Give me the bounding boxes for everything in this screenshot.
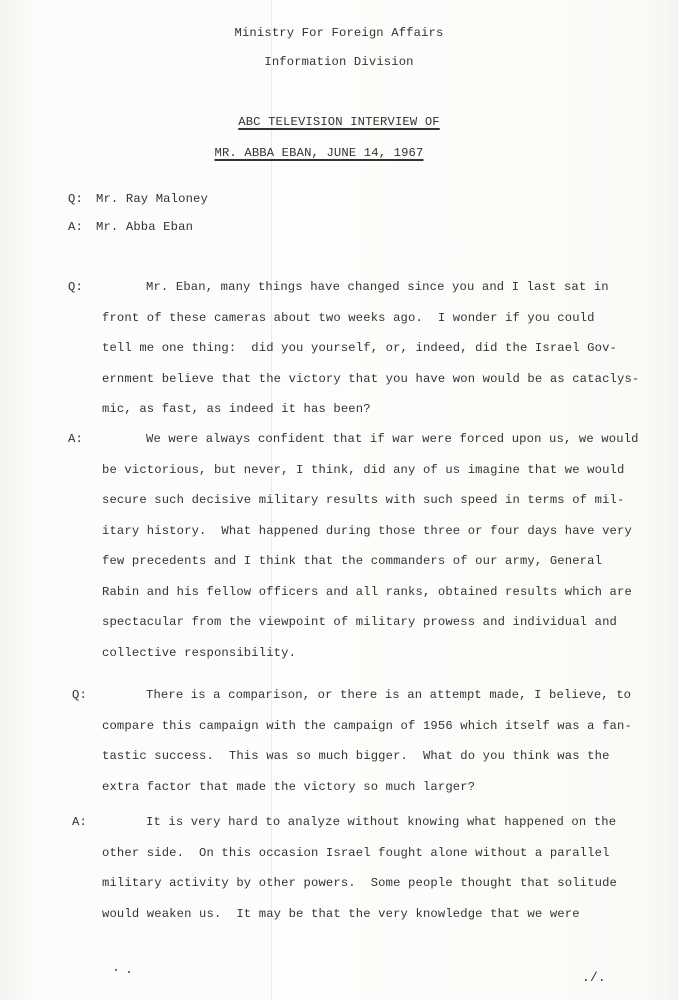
transcript-line: We were always confident that if war wer… — [146, 432, 639, 446]
question-label: Q: — [68, 280, 83, 294]
transcript-line: Mr. Eban, many things have changed since… — [146, 280, 609, 294]
answer-label: A: — [72, 815, 87, 829]
participant-interviewer: Mr. Ray Maloney — [96, 192, 208, 206]
transcript-line: other side. On this occasion Israel foug… — [102, 846, 610, 860]
transcript-line: be victorious, but never, I think, did a… — [102, 463, 624, 477]
transcript-line: compare this campaign with the campaign … — [102, 719, 632, 733]
transcript-line: ernment believe that the victory that yo… — [102, 372, 639, 386]
transcript-line: front of these cameras about two weeks a… — [102, 311, 595, 325]
participant-label-a: A: — [68, 220, 83, 234]
transcript-line: would weaken us. It may be that the very… — [102, 907, 580, 921]
transcript-line: itary history. What happened during thos… — [102, 524, 632, 538]
interview-title: ABC TELEVISION INTERVIEW OF — [0, 115, 678, 129]
transcript-line: secure such decisive military results wi… — [102, 493, 624, 507]
interview-subtitle: MR. ABBA EBAN, JUNE 14, 1967 — [0, 146, 658, 160]
answer-label: A: — [68, 432, 83, 446]
transcript-line: mic, as fast, as indeed it has been? — [102, 402, 371, 416]
participant-label-q: Q: — [68, 192, 83, 206]
question-label: Q: — [72, 688, 87, 702]
continuation-mark: ./. — [582, 970, 606, 985]
transcript-line: tastic success. This was so much bigger.… — [102, 749, 610, 763]
transcript-line: Rabin and his fellow officers and all ra… — [102, 585, 632, 599]
transcript-line: extra factor that made the victory so mu… — [102, 780, 475, 794]
transcript-line: tell me one thing: did you yourself, or,… — [102, 341, 617, 355]
transcript-line: military activity by other powers. Some … — [102, 876, 617, 890]
transcript-line: few precedents and I think that the comm… — [102, 554, 602, 568]
transcript-line: There is a comparison, or there is an at… — [146, 688, 631, 702]
ministry-heading: Ministry For Foreign Affairs — [0, 26, 678, 40]
division-heading: Information Division — [0, 55, 678, 69]
transcript-line: collective responsibility. — [102, 646, 296, 660]
stray-mark — [115, 969, 117, 971]
transcript-line: spectacular from the viewpoint of milita… — [102, 615, 617, 629]
stray-mark — [128, 971, 130, 973]
transcript-line: It is very hard to analyze without knowi… — [146, 815, 616, 829]
document-page: Ministry For Foreign Affairs Information… — [0, 0, 678, 1000]
participant-interviewee: Mr. Abba Eban — [96, 220, 193, 234]
